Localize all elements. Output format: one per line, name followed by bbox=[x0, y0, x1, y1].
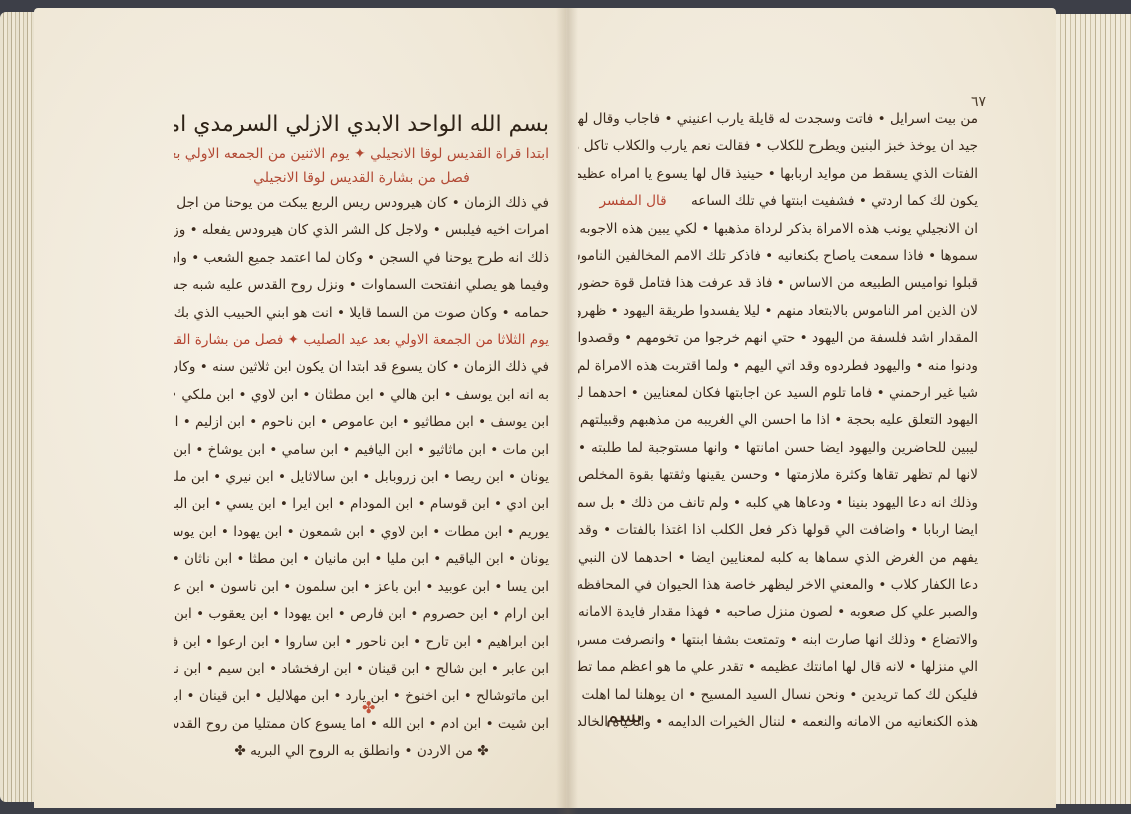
text-line: حمامه • وكان صوت من السما قايلا • انت هو… bbox=[174, 300, 549, 327]
text-line: والاتضاع • وذلك انها صارت ابنه • وتمتعت … bbox=[578, 627, 978, 654]
end-ornament-icon: ✤ bbox=[362, 698, 375, 717]
catchword: بسم bbox=[606, 703, 643, 727]
text-line: ابن ارام • ابن حصروم • ابن فارص • ابن يه… bbox=[174, 601, 549, 628]
text-line: في ذلك الزمان • كان هيرودس ريس الربع يبك… bbox=[174, 190, 549, 217]
text-line: ودنوا منه • واليهود فطردوه وقد اتي اليهم… bbox=[578, 353, 978, 380]
text-line: ليبين للحاضرين واليهود ايضا حسن امانتها … bbox=[578, 435, 978, 462]
text-line: في ذلك الزمان • كان يسوع قد ابتدا ان يكو… bbox=[174, 354, 549, 381]
text-line: يفهم من الغرض الذي سماها به كلبه لمعنايي… bbox=[578, 545, 978, 572]
closing-line: ✤ من الاردن • وانطلق به الروح الي البريه… bbox=[174, 738, 549, 765]
text-line: به انه ابن يوسف • ابن هالي • ابن مطثان •… bbox=[174, 382, 549, 409]
left-page: بسم الله الواحد الابدي الازلي السرمدي ام… bbox=[34, 8, 566, 808]
left-page-edges bbox=[0, 12, 36, 802]
text-line: المقدار اشد فلسفة من اليهود • حتي انهم خ… bbox=[578, 325, 978, 352]
book-gutter bbox=[556, 8, 578, 814]
text-line: ابن يسا • ابن عوبيد • ابن باعز • ابن سلم… bbox=[174, 574, 549, 601]
text-line: ايضا اربابا • واضافت الي قولها ذكر فعل ا… bbox=[578, 517, 978, 544]
text-line: ابن يوسف • ابن مطاثيو • ابن عاموص • ابن … bbox=[174, 409, 549, 436]
text-line: يونان • ابن ريصا • ابن زروبابل • ابن سال… bbox=[174, 464, 549, 491]
text-line: شيا غير ارحمني • فاما تلوم السيد عن اجاب… bbox=[578, 380, 978, 407]
rubric-heading-2: فصل من بشارة القديس لوقا الانجيلي bbox=[174, 166, 549, 190]
text-line: امرات اخيه فيلبس • ولاجل كل الشر الذي كا… bbox=[174, 217, 549, 244]
text-line: والصبر علي كل صعوبه • لصون منزل صاحبه • … bbox=[578, 599, 978, 626]
text-line: يكون لك كما اردتي • فشفيت ابنتها في تلك … bbox=[578, 188, 978, 215]
text-line: ابن ادي • ابن قوسام • ابن المودام • ابن … bbox=[174, 491, 549, 518]
text-line: وفيما هو يصلي انفتحت السماوات • ونزل روح… bbox=[174, 272, 549, 299]
text-line-body: يكون لك كما اردتي • فشفيت ابنتها في تلك … bbox=[691, 193, 978, 209]
text-line: دعا الكفار كلاب • والمعني الاخر ليظهر خا… bbox=[578, 572, 978, 599]
text-line: يوريم • ابن مطات • ابن لاوي • ابن شمعون … bbox=[174, 519, 549, 546]
text-line: ان الانجيلي يونب هذه الامراة بذكر لرداة … bbox=[578, 216, 978, 243]
text-line: ابن ابراهيم • ابن تارح • ابن ناحور • ابن… bbox=[174, 629, 549, 656]
text-line: ابن مات • ابن ماثاثيو • ابن اليافيم • اب… bbox=[174, 437, 549, 464]
commentator-gloss: قال المفسر bbox=[599, 193, 666, 209]
rubric-heading-1: ابتدا قراة القديس لوقا الانجيلي ✦ يوم ال… bbox=[174, 142, 549, 166]
text-line: ذلك انه طرح يوحنا في السجن • وكان لما اع… bbox=[174, 245, 549, 272]
open-manuscript: بسم الله الواحد الابدي الازلي السرمدي ام… bbox=[0, 0, 1131, 814]
right-page-edges bbox=[1051, 14, 1131, 804]
text-line: لان الذين امر الناموس بالابتعاد منهم • ل… bbox=[578, 298, 978, 325]
text-line: سموها • فاذا سمعت ياصاح بكنعانيه • فاذكر… bbox=[578, 243, 978, 270]
right-page: ٦٧ من بيت اسرايل • فاتت وسجدت له قايلة ي… bbox=[566, 8, 1056, 808]
text-line: اليهود التعلق عليه بحجة • اذا ما احسن ال… bbox=[578, 407, 978, 434]
text-line: الفتات الذي يسقط من موايد اربابها • حيني… bbox=[578, 161, 978, 188]
text-line: الي منزلها • لانه قال لها امانتك عظيمه •… bbox=[578, 654, 978, 681]
basmala-heading: بسم الله الواحد الابدي الازلي السرمدي ام… bbox=[174, 108, 549, 142]
text-line: من بيت اسرايل • فاتت وسجدت له قايلة يارب… bbox=[578, 106, 978, 133]
text-line: جيد ان يوخذ خبز البنين ويطرح للكلاب • فق… bbox=[578, 133, 978, 160]
text-line: يونان • ابن الياقيم • ابن مليا • ابن مان… bbox=[174, 546, 549, 573]
left-text-block: بسم الله الواحد الابدي الازلي السرمدي ام… bbox=[174, 108, 549, 766]
text-line: ابن عابر • ابن شالح • ابن قينان • ابن ار… bbox=[174, 656, 549, 683]
text-line: وذلك انه دعا اليهود بنينا • ودعاها هي كل… bbox=[578, 490, 978, 517]
rubric-heading-3: يوم الثلاثا من الجمعة الاولي بعد عيد الص… bbox=[174, 327, 549, 354]
right-text-block: من بيت اسرايل • فاتت وسجدت له قايلة يارب… bbox=[578, 106, 978, 736]
text-line: لانها لم تظهر تقاها وكثرة ملازمتها • وحس… bbox=[578, 462, 978, 489]
text-line: قبلوا نواميس الطبيعه من الاساس • فاذ قد … bbox=[578, 270, 978, 297]
